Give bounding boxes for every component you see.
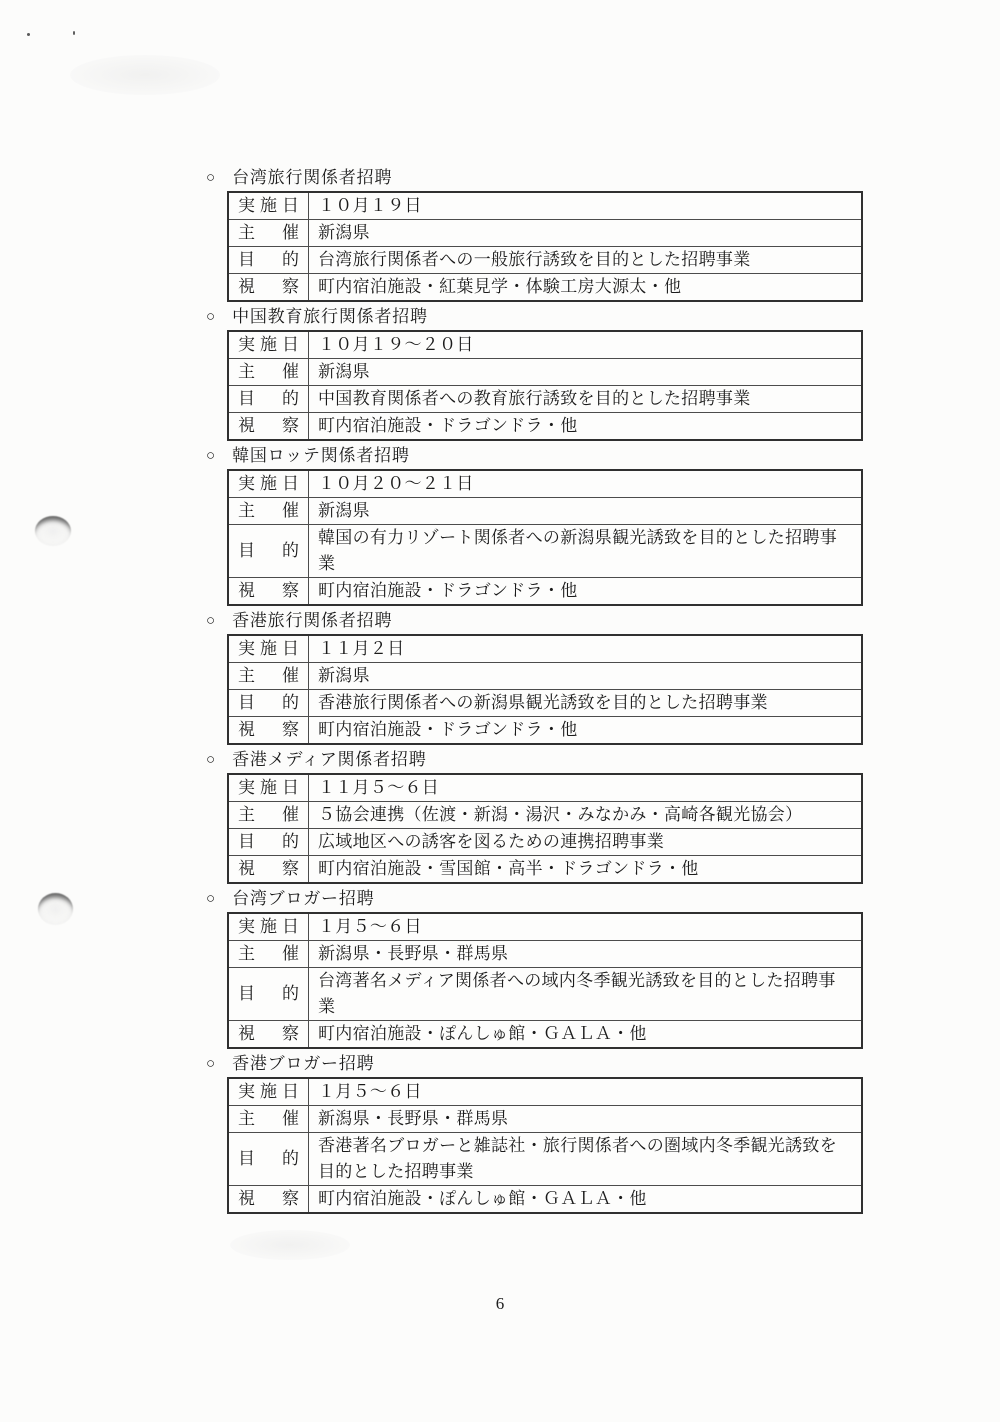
table-row: 視 察 町内宿泊施設・ぽんしゅ館・ＧＡＬＡ・他: [228, 1186, 862, 1214]
row-value: 町内宿泊施設・ドラゴンドラ・他: [309, 413, 863, 441]
circle-bullet: ○: [206, 168, 215, 188]
row-value: 台湾著名メディア関係者への域内冬季観光誘致を目的とした招聘事業: [309, 968, 863, 1021]
table-row: 目 的 香港旅行関係者への新潟県観光誘致を目的とした招聘事業: [228, 690, 862, 717]
table-row: 実施日 １月５～６日: [228, 1078, 862, 1106]
table-row: 実施日 １１月５～６日: [228, 774, 862, 802]
row-value: 韓国の有力リゾート関係者への新潟県観光誘致を目的とした招聘事業: [309, 525, 863, 578]
row-label: 目 的: [228, 525, 309, 578]
row-value: 新潟県・長野県・群馬県: [309, 941, 863, 968]
row-label: 視 察: [228, 274, 309, 302]
row-label: 視 察: [228, 413, 309, 441]
row-label: 視 察: [228, 1021, 309, 1049]
event-section: ○ 台湾旅行関係者招聘 実施日 １０月１９日 主 催 新潟県 目 的 台湾旅行関…: [227, 168, 863, 302]
row-value: 町内宿泊施設・ドラゴンドラ・他: [309, 578, 863, 606]
row-label: 実施日: [228, 913, 309, 941]
row-label: 実施日: [228, 192, 309, 220]
row-value: 町内宿泊施設・ぽんしゅ館・ＧＡＬＡ・他: [309, 1186, 863, 1214]
row-label: 主 催: [228, 663, 309, 690]
event-section: ○ 台湾ブロガー招聘 実施日 １月５～６日 主 催 新潟県・長野県・群馬県 目 …: [227, 889, 863, 1049]
row-value: 新潟県: [309, 663, 863, 690]
section-heading: ○ 中国教育旅行関係者招聘: [206, 307, 863, 327]
table-row: 主 催 新潟県・長野県・群馬県: [228, 1106, 862, 1133]
row-label: 目 的: [228, 829, 309, 856]
event-info-table-body: 実施日 １１月５～６日 主 催 ５協会連携（佐渡・新潟・湯沢・みなかみ・高崎各観…: [228, 774, 862, 883]
event-info-table-body: 実施日 １０月１９～２０日 主 催 新潟県 目 的 中国教育関係者への教育旅行誘…: [228, 331, 862, 440]
section-title: 中国教育旅行関係者招聘: [232, 307, 428, 327]
table-row: 主 催 新潟県: [228, 220, 862, 247]
row-label: 主 催: [228, 220, 309, 247]
circle-bullet: ○: [206, 446, 215, 466]
row-label: 目 的: [228, 386, 309, 413]
event-section: ○ 韓国ロッテ関係者招聘 実施日 １０月２０～２１日 主 催 新潟県 目 的 韓…: [227, 446, 863, 606]
document-sections: ○ 台湾旅行関係者招聘 実施日 １０月１９日 主 催 新潟県 目 的 台湾旅行関…: [227, 168, 863, 1219]
table-row: 視 察 町内宿泊施設・ぽんしゅ館・ＧＡＬＡ・他: [228, 1021, 862, 1049]
circle-bullet: ○: [206, 307, 215, 327]
row-value: １０月１９～２０日: [309, 331, 863, 359]
row-value: １月５～６日: [309, 1078, 863, 1106]
row-value: 香港著名ブロガーと雑誌社・旅行関係者への圏域内冬季観光誘致を目的とした招聘事業: [309, 1133, 863, 1186]
row-value: １０月１９日: [309, 192, 863, 220]
table-row: 視 察 町内宿泊施設・ドラゴンドラ・他: [228, 717, 862, 745]
scan-smudge: [230, 1230, 350, 1260]
row-value: 町内宿泊施設・紅葉見学・体験工房大源太・他: [309, 274, 863, 302]
event-section: ○ 香港メディア関係者招聘 実施日 １１月５～６日 主 催 ５協会連携（佐渡・新…: [227, 750, 863, 884]
table-row: 目 的 広域地区への誘客を図るための連携招聘事業: [228, 829, 862, 856]
section-title: 香港メディア関係者招聘: [232, 750, 426, 770]
event-info-table-body: 実施日 １１月２日 主 催 新潟県 目 的 香港旅行関係者への新潟県観光誘致を目…: [228, 635, 862, 744]
row-value: 新潟県: [309, 359, 863, 386]
section-heading: ○ 香港旅行関係者招聘: [206, 611, 863, 631]
circle-bullet: ○: [206, 1054, 215, 1074]
row-value: ５協会連携（佐渡・新潟・湯沢・みなかみ・高崎各観光協会）: [309, 802, 863, 829]
circle-bullet: ○: [206, 611, 215, 631]
row-label: 主 催: [228, 802, 309, 829]
row-label: 主 催: [228, 941, 309, 968]
section-title: 香港ブロガー招聘: [232, 1054, 374, 1074]
section-heading: ○ 台湾ブロガー招聘: [206, 889, 863, 909]
row-value: 広域地区への誘客を図るための連携招聘事業: [309, 829, 863, 856]
table-row: 視 察 町内宿泊施設・紅葉見学・体験工房大源太・他: [228, 274, 862, 302]
row-value: １１月２日: [309, 635, 863, 663]
row-value: 新潟県: [309, 220, 863, 247]
section-heading: ○ 香港メディア関係者招聘: [206, 750, 863, 770]
table-row: 主 催 ５協会連携（佐渡・新潟・湯沢・みなかみ・高崎各観光協会）: [228, 802, 862, 829]
section-title: 韓国ロッテ関係者招聘: [232, 446, 410, 466]
event-info-table: 実施日 １０月１９～２０日 主 催 新潟県 目 的 中国教育関係者への教育旅行誘…: [227, 330, 863, 441]
row-label: 主 催: [228, 1106, 309, 1133]
table-row: 目 的 台湾旅行関係者への一般旅行誘致を目的とした招聘事業: [228, 247, 862, 274]
event-info-table: 実施日 １０月１９日 主 催 新潟県 目 的 台湾旅行関係者への一般旅行誘致を目…: [227, 191, 863, 302]
row-value: 町内宿泊施設・雪国館・高半・ドラゴンドラ・他: [309, 856, 863, 884]
row-label: 視 察: [228, 856, 309, 884]
table-row: 主 催 新潟県・長野県・群馬県: [228, 941, 862, 968]
table-row: 目 的 中国教育関係者への教育旅行誘致を目的とした招聘事業: [228, 386, 862, 413]
table-row: 実施日 １０月１９日: [228, 192, 862, 220]
document-page: ○ 台湾旅行関係者招聘 実施日 １０月１９日 主 催 新潟県 目 的 台湾旅行関…: [0, 0, 1000, 1422]
row-label: 主 催: [228, 498, 309, 525]
row-label: 目 的: [228, 690, 309, 717]
table-row: 視 察 町内宿泊施設・雪国館・高半・ドラゴンドラ・他: [228, 856, 862, 884]
scan-speck: [27, 33, 30, 36]
table-row: 主 催 新潟県: [228, 359, 862, 386]
punch-hole-shadow-bottom: [38, 893, 73, 925]
table-row: 実施日 １１月２日: [228, 635, 862, 663]
event-info-table: 実施日 １１月２日 主 催 新潟県 目 的 香港旅行関係者への新潟県観光誘致を目…: [227, 634, 863, 745]
table-row: 主 催 新潟県: [228, 498, 862, 525]
section-heading: ○ 韓国ロッテ関係者招聘: [206, 446, 863, 466]
circle-bullet: ○: [206, 750, 215, 770]
table-row: 実施日 １月５～６日: [228, 913, 862, 941]
table-row: 主 催 新潟県: [228, 663, 862, 690]
row-label: 目 的: [228, 968, 309, 1021]
table-row: 視 察 町内宿泊施設・ドラゴンドラ・他: [228, 413, 862, 441]
event-info-table: 実施日 １月５～６日 主 催 新潟県・長野県・群馬県 目 的 香港著名ブロガーと…: [227, 1077, 863, 1214]
section-heading: ○ 香港ブロガー招聘: [206, 1054, 863, 1074]
row-value: 町内宿泊施設・ぽんしゅ館・ＧＡＬＡ・他: [309, 1021, 863, 1049]
section-title: 台湾旅行関係者招聘: [232, 168, 392, 188]
table-row: 実施日 １０月２０～２１日: [228, 470, 862, 498]
event-info-table: 実施日 １月５～６日 主 催 新潟県・長野県・群馬県 目 的 台湾著名メディア関…: [227, 912, 863, 1049]
row-value: 新潟県: [309, 498, 863, 525]
event-info-table-body: 実施日 １月５～６日 主 催 新潟県・長野県・群馬県 目 的 香港著名ブロガーと…: [228, 1078, 862, 1213]
row-value: 新潟県・長野県・群馬県: [309, 1106, 863, 1133]
section-title: 台湾ブロガー招聘: [232, 889, 374, 909]
event-info-table-body: 実施日 １月５～６日 主 催 新潟県・長野県・群馬県 目 的 台湾著名メディア関…: [228, 913, 862, 1048]
row-value: １０月２０～２１日: [309, 470, 863, 498]
row-value: 中国教育関係者への教育旅行誘致を目的とした招聘事業: [309, 386, 863, 413]
row-label: 実施日: [228, 635, 309, 663]
scan-speck: [73, 31, 75, 35]
row-label: 目 的: [228, 247, 309, 274]
row-label: 実施日: [228, 470, 309, 498]
row-label: 視 察: [228, 1186, 309, 1214]
table-row: 目 的 香港著名ブロガーと雑誌社・旅行関係者への圏域内冬季観光誘致を目的とした招…: [228, 1133, 862, 1186]
event-section: ○ 香港ブロガー招聘 実施日 １月５～６日 主 催 新潟県・長野県・群馬県 目 …: [227, 1054, 863, 1214]
event-info-table-body: 実施日 １０月２０～２１日 主 催 新潟県 目 的 韓国の有力リゾート関係者への…: [228, 470, 862, 605]
table-row: 目 的 韓国の有力リゾート関係者への新潟県観光誘致を目的とした招聘事業: [228, 525, 862, 578]
event-info-table-body: 実施日 １０月１９日 主 催 新潟県 目 的 台湾旅行関係者への一般旅行誘致を目…: [228, 192, 862, 301]
page-number: 6: [0, 1294, 1000, 1314]
table-row: 目 的 台湾著名メディア関係者への域内冬季観光誘致を目的とした招聘事業: [228, 968, 862, 1021]
row-label: 目 的: [228, 1133, 309, 1186]
circle-bullet: ○: [206, 889, 215, 909]
event-info-table: 実施日 １０月２０～２１日 主 催 新潟県 目 的 韓国の有力リゾート関係者への…: [227, 469, 863, 606]
event-section: ○ 香港旅行関係者招聘 実施日 １１月２日 主 催 新潟県 目 的 香港旅行関係…: [227, 611, 863, 745]
scan-smudge: [70, 55, 220, 95]
row-label: 実施日: [228, 774, 309, 802]
row-label: 視 察: [228, 578, 309, 606]
section-heading: ○ 台湾旅行関係者招聘: [206, 168, 863, 188]
punch-hole-shadow-top: [35, 516, 71, 546]
row-label: 主 催: [228, 359, 309, 386]
event-info-table: 実施日 １１月５～６日 主 催 ５協会連携（佐渡・新潟・湯沢・みなかみ・高崎各観…: [227, 773, 863, 884]
event-section: ○ 中国教育旅行関係者招聘 実施日 １０月１９～２０日 主 催 新潟県 目 的 …: [227, 307, 863, 441]
row-value: １月５～６日: [309, 913, 863, 941]
row-value: 町内宿泊施設・ドラゴンドラ・他: [309, 717, 863, 745]
section-title: 香港旅行関係者招聘: [232, 611, 392, 631]
table-row: 実施日 １０月１９～２０日: [228, 331, 862, 359]
row-value: １１月５～６日: [309, 774, 863, 802]
row-label: 視 察: [228, 717, 309, 745]
row-label: 実施日: [228, 1078, 309, 1106]
table-row: 視 察 町内宿泊施設・ドラゴンドラ・他: [228, 578, 862, 606]
row-label: 実施日: [228, 331, 309, 359]
row-value: 香港旅行関係者への新潟県観光誘致を目的とした招聘事業: [309, 690, 863, 717]
row-value: 台湾旅行関係者への一般旅行誘致を目的とした招聘事業: [309, 247, 863, 274]
